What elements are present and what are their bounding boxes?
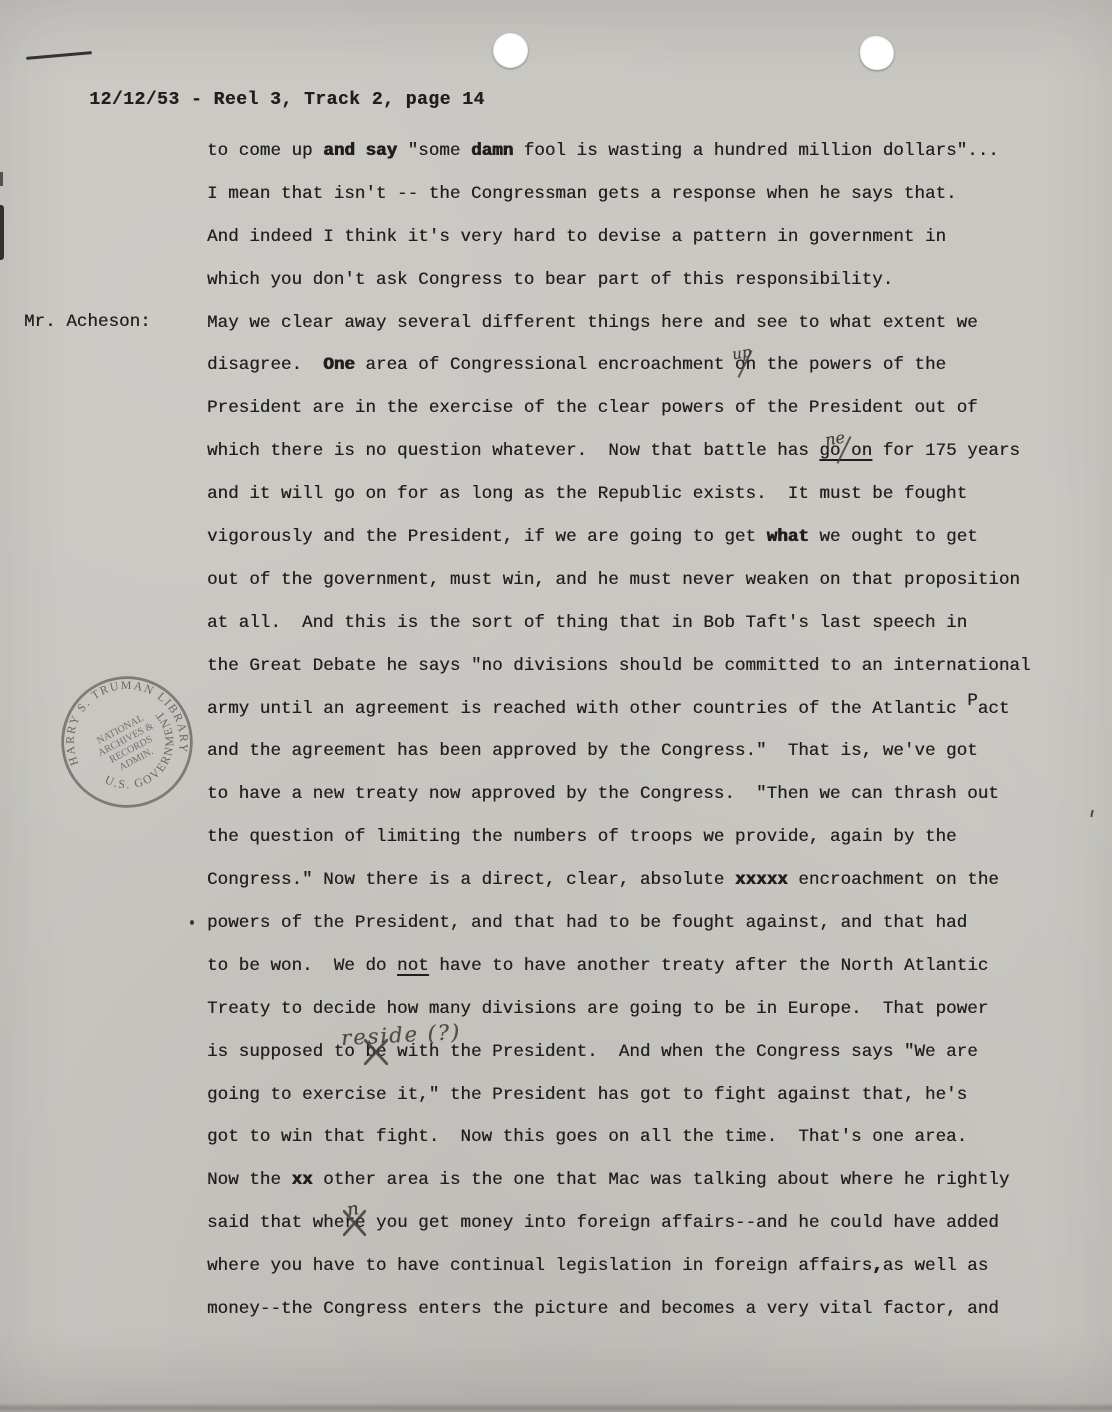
text-segment: ren <box>344 1213 365 1233</box>
text-segment: other area is the one that Mac was talki… <box>313 1170 1010 1190</box>
text-segment: as well as <box>883 1256 989 1276</box>
page-bottom-edge <box>0 1403 1112 1412</box>
text-segment: going to exercise it," the President has… <box>207 1085 967 1105</box>
text-segment: encroachment on the <box>788 870 999 890</box>
text-segment: is supposed to <box>207 1042 365 1062</box>
page-header: 12/12/53 - Reel 3, Track 2, page 14 <box>44 50 485 130</box>
scan-edge-artifact <box>0 205 4 260</box>
text-segment: One <box>323 355 355 375</box>
text-segment: P <box>967 691 978 711</box>
pen-stroke-mark <box>26 51 92 60</box>
scan-edge-artifact <box>0 172 3 186</box>
text-segment: disagree. <box>207 355 323 375</box>
text-segment: what <box>767 527 809 547</box>
text-segment: xx <box>291 1170 312 1190</box>
text-segment: bereside (?) <box>365 1042 386 1062</box>
text-segment: for 175 years <box>872 441 1020 461</box>
text-segment: President are in the exercise of the cle… <box>207 398 978 418</box>
text-segment: have to have another treaty after the No… <box>429 956 989 976</box>
document-page: 12/12/53 - Reel 3, Track 2, page 14 Mr. … <box>0 0 1112 1412</box>
text-segment: got to win that fight. Now this goes on … <box>207 1127 967 1147</box>
transcript-line: to come up and say "some damn fool is wa… <box>207 130 1031 173</box>
transcript-line: to have a new treaty now approved by the… <box>207 773 1031 816</box>
transcript-line: which there is no question whatever. Now… <box>207 430 1031 473</box>
transcript-line: to be won. We do not have to have anothe… <box>207 945 1031 988</box>
transcript-line: money--the Congress enters the picture a… <box>207 1288 1031 1331</box>
text-segment: I mean that isn't -- the Congressman get… <box>207 184 957 204</box>
text-segment: the powers of the <box>756 355 946 375</box>
text-segment: the question of limiting the numbers of … <box>207 827 957 847</box>
transcript-line: and it will go on for as long as the Rep… <box>207 473 1031 516</box>
page-header-text: 12/12/53 - Reel 3, Track 2, page 14 <box>89 90 485 110</box>
transcript-line: which you don't ask Congress to bear par… <box>207 259 1031 302</box>
transcript-line: Treaty to decide how many divisions are … <box>207 988 1031 1031</box>
ink-speck <box>190 920 194 925</box>
archive-stamp-icon: HARRY S. TRUMAN LIBRARY U.S. GOVERNMENT … <box>48 663 206 821</box>
speaker-label: Mr. Acheson: <box>24 301 151 344</box>
text-segment: at all. And this is the sort of thing th… <box>207 613 967 633</box>
transcript-line: powers of the President, and that had to… <box>207 902 1031 945</box>
text-segment: money--the Congress enters the picture a… <box>207 1299 999 1319</box>
transcript-line: President are in the exercise of the cle… <box>207 387 1031 430</box>
punch-hole-right <box>860 36 894 70</box>
text-segment: with the President. And when the Congres… <box>387 1042 978 1062</box>
text-segment: area of Congressional encroachment <box>355 355 735 375</box>
text-segment: you get money into foreign affairs--and … <box>365 1213 998 1233</box>
text-segment: powers of the President, and that had to… <box>207 913 967 933</box>
transcript-line: Now the xx other area is the one that Ma… <box>207 1159 1031 1202</box>
text-segment: army until an agreement is reached with … <box>207 699 967 719</box>
transcript-line: said that wheren you get money into fore… <box>207 1202 1031 1245</box>
transcript-line: vigorously and the President, if we are … <box>207 516 1031 559</box>
transcript-line: I mean that isn't -- the Congressman get… <box>207 173 1031 216</box>
handwritten-annotation: ne <box>824 429 846 448</box>
transcript-line: at all. And this is the sort of thing th… <box>207 602 1031 645</box>
transcript-line: army until an agreement is reached with … <box>207 688 1031 731</box>
handwritten-annotation: n <box>346 1200 360 1220</box>
text-segment: to have a new treaty now approved by the… <box>207 784 999 804</box>
text-segment: out of the government, must win, and he … <box>207 570 1020 590</box>
text-segment: fool is wasting a hundred million dollar… <box>513 141 999 161</box>
text-segment: to be won. We do <box>207 956 397 976</box>
text-segment: go onne <box>819 441 872 461</box>
text-segment: not <box>397 956 429 976</box>
transcript-lines: to come up and say "some damn fool is wa… <box>207 130 1031 1331</box>
transcript-line: going to exercise it," the President has… <box>207 1074 1031 1117</box>
text-segment: xxxxx <box>735 870 788 890</box>
text-segment: which you don't ask Congress to bear par… <box>207 270 893 290</box>
punch-hole-left <box>493 33 528 68</box>
text-segment: Treaty to decide how many divisions are … <box>207 999 988 1019</box>
text-segment: where you have to have continual legisla… <box>207 1256 872 1276</box>
text-segment: vigorously and the President, if we are … <box>207 527 767 547</box>
text-segment: May we clear away several different thin… <box>207 313 978 333</box>
text-segment: the Great Debate he says "no divisions s… <box>207 656 1031 676</box>
text-segment: "some <box>397 141 471 161</box>
text-segment: act <box>978 699 1010 719</box>
text-segment: and say <box>323 141 397 161</box>
transcript-line: and the agreement has been approved by t… <box>207 730 1031 773</box>
text-segment: which there is no question whatever. Now… <box>207 441 819 461</box>
transcript-line: the Great Debate he says "no divisions s… <box>207 645 1031 688</box>
text-segment: onup <box>735 355 756 375</box>
transcript-line: the question of limiting the numbers of … <box>207 816 1031 859</box>
transcript-line: disagree. One area of Congressional encr… <box>207 344 1031 387</box>
text-segment: said that whe <box>207 1213 344 1233</box>
transcript-line: is supposed to bereside (?) with the Pre… <box>207 1031 1031 1074</box>
text-segment: Congress." Now there is a direct, clear,… <box>207 870 735 890</box>
text-segment: and it will go on for as long as the Rep… <box>207 484 967 504</box>
text-segment: , <box>872 1256 883 1276</box>
ink-speck <box>1090 810 1093 817</box>
text-segment: we ought to get <box>809 527 978 547</box>
transcript-line: got to win that fight. Now this goes on … <box>207 1116 1031 1159</box>
handwritten-annotation: up <box>731 344 752 362</box>
transcript-line: Congress." Now there is a direct, clear,… <box>207 859 1031 902</box>
transcript-line: May we clear away several different thin… <box>207 302 1031 345</box>
transcript-line: And indeed I think it's very hard to dev… <box>207 216 1031 259</box>
text-segment: And indeed I think it's very hard to dev… <box>207 227 946 247</box>
transcript-line: where you have to have continual legisla… <box>207 1245 1031 1288</box>
text-segment: Now the <box>207 1170 291 1190</box>
text-segment: to come up <box>207 141 323 161</box>
text-segment: and the agreement has been approved by t… <box>207 741 978 761</box>
text-segment: damn <box>471 141 513 161</box>
transcript-line: out of the government, must win, and he … <box>207 559 1031 602</box>
